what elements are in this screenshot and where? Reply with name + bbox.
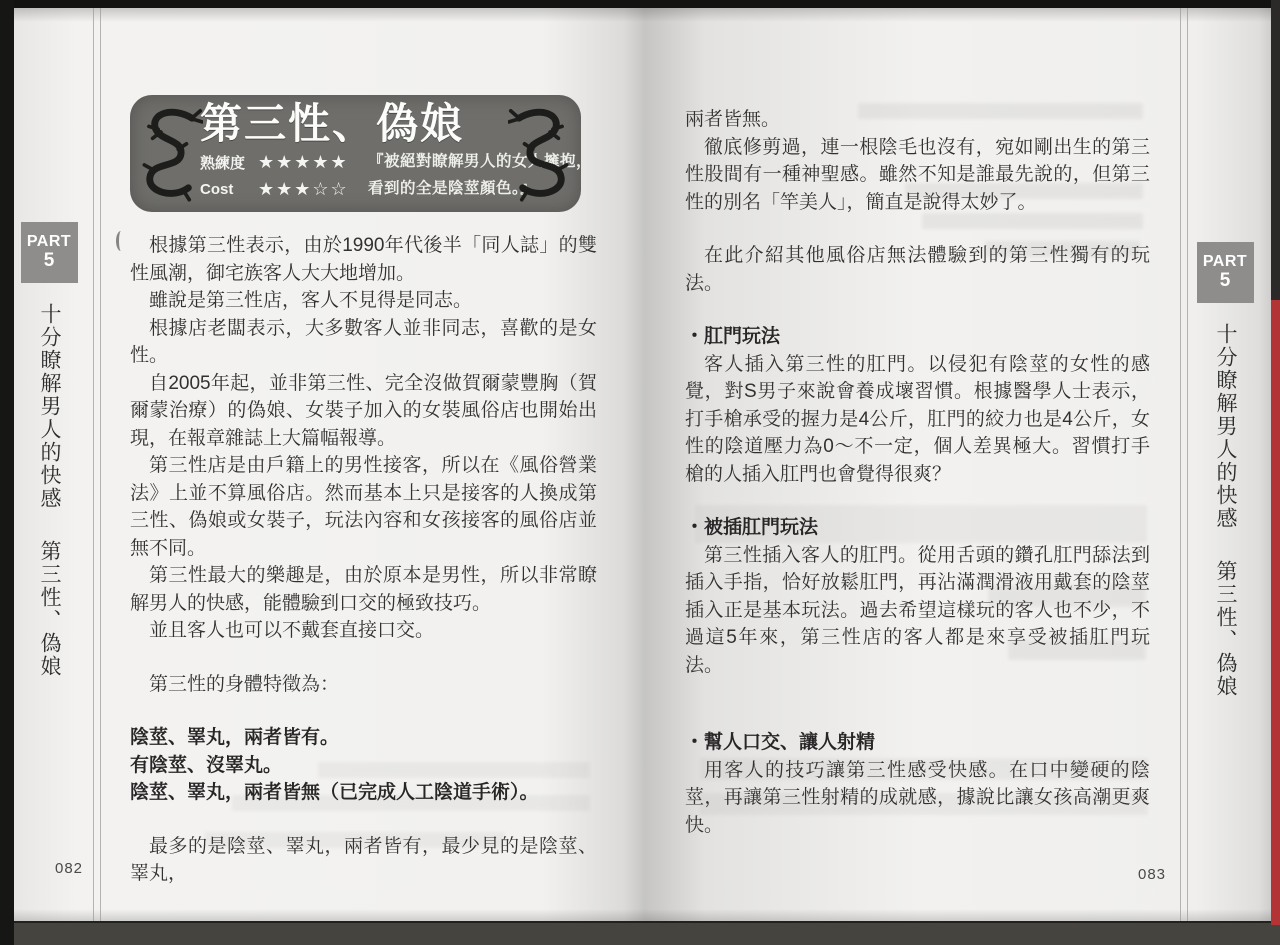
section-heading: ・被插肛門玩法 [685, 514, 1150, 542]
sidebar-tab-right: PART 5 十分瞭解男人的快感第三性、偽娘 [1196, 242, 1254, 698]
paragraph: 陰莖、睪丸，兩者皆有。 [130, 724, 597, 752]
cost-label: Cost [200, 181, 258, 198]
section-heading: ・肛門玩法 [685, 323, 1150, 351]
right-page: 兩者皆無。徹底修剪過，連一根陰毛也沒有，宛如剛出生的第三性股間有一種神聖感。雖然… [685, 106, 1150, 839]
part-badge: PART 5 [21, 222, 78, 283]
skill-label: 熟練度 [200, 152, 258, 173]
scan-border-top [0, 0, 1280, 8]
section-name: 第三性、偽娘 [1210, 560, 1240, 698]
paragraph: 並且客人也可以不戴套直接口交。 [130, 617, 597, 645]
dragon-icon [508, 100, 574, 206]
scanned-book-spread: PART 5 十分瞭解男人的快感第三性、偽娘 PART 5 十分瞭解男人的快感第… [0, 0, 1280, 945]
banner-content: 第三性、偽娘 熟練度 ★★★★★ Cost ★★★☆☆ 『被絕對瞭解男人的女 [200, 101, 521, 203]
chapter-vertical-title: 十分瞭解男人的快感第三性、偽娘 [1210, 323, 1240, 698]
banner-title: 第三性、偽娘 [200, 101, 521, 147]
paragraph: 自2005年起，並非第三性、完全沒做賀爾蒙豐胸（賀爾蒙治療）的偽娘、女裝子加入的… [130, 370, 597, 453]
chapter-banner: 第三性、偽娘 熟練度 ★★★★★ Cost ★★★☆☆ 『被絕對瞭解男人的女 [130, 95, 581, 212]
scan-border-left [0, 0, 14, 945]
paragraph: 陰莖、睪丸，兩者皆無（已完成人工陰道手術）。 [130, 779, 597, 807]
page-edge-line [1187, 8, 1188, 921]
paragraph: 第三性最大的樂趣是，由於原本是男性，所以非常瞭解男人的快感，能體驗到口交的極致技… [130, 562, 597, 617]
paragraph: 第三性插入客人的肛門。從用舌頭的鑽孔肛門舔法到插入手指，恰好放鬆肛門，再沾滿潤滑… [685, 542, 1150, 680]
page-number-right: 083 [1138, 866, 1166, 883]
scan-border-right [1271, 0, 1280, 320]
paragraph: 最多的是陰莖、睪丸，兩者皆有，最少見的是陰莖、睪丸， [130, 833, 597, 888]
scan-artifact [116, 231, 126, 251]
right-page-body: 兩者皆無。徹底修剪過，連一根陰毛也沒有，宛如剛出生的第三性股間有一種神聖感。雖然… [685, 106, 1150, 839]
chapter-vertical-title: 十分瞭解男人的快感第三性、偽娘 [34, 303, 64, 678]
sidebar-tab-left: PART 5 十分瞭解男人的快感第三性、偽娘 [20, 222, 78, 678]
skill-stars: ★★★★★ [258, 152, 349, 173]
chapter-name: 十分瞭解男人的快感 [1214, 323, 1237, 530]
scan-border-bottom [0, 921, 1280, 945]
page-edge-line [1180, 8, 1181, 921]
cost-stars: ★★★☆☆ [258, 179, 349, 200]
page-edge-line [100, 8, 101, 921]
left-page: 第三性、偽娘 熟練度 ★★★★★ Cost ★★★☆☆ 『被絕對瞭解男人的女 [130, 95, 597, 888]
dragon-icon [137, 100, 203, 206]
paragraph: 第三性的身體特徵為： [130, 671, 597, 699]
section-heading: ・幫人口交、讓人射精 [685, 729, 1150, 757]
section-name: 第三性、偽娘 [34, 540, 64, 678]
book-cover-edge [1271, 300, 1280, 925]
chapter-name: 十分瞭解男人的快感 [38, 303, 61, 510]
part-label: PART [1203, 254, 1247, 271]
ratings: 熟練度 ★★★★★ Cost ★★★☆☆ [200, 149, 368, 203]
paragraph: 用客人的技巧讓第三性感受快感。在口中變硬的陰莖，再讓第三性射精的成就感，據說比讓… [685, 757, 1150, 840]
paragraph: 徹底修剪過，連一根陰毛也沒有，宛如剛出生的第三性股間有一種神聖感。雖然不知是誰最… [685, 134, 1150, 217]
paragraph: 在此介紹其他風俗店無法體驗到的第三性獨有的玩法。 [685, 242, 1150, 297]
left-page-body: 根據第三性表示，由於1990年代後半「同人誌」的雙性風潮，御宅族客人大大地增加。… [130, 232, 597, 888]
paragraph: 第三性店是由戶籍上的男性接客，所以在《風俗營業法》上並不算風俗店。然而基本上只是… [130, 452, 597, 562]
page-edge-line [93, 8, 94, 921]
part-number: 5 [1220, 271, 1231, 291]
part-number: 5 [44, 251, 55, 271]
paragraph: 雖說是第三性店，客人不見得是同志。 [130, 287, 597, 315]
paragraph: 根據店老闆表示，大多數客人並非同志，喜歡的是女性。 [130, 315, 597, 370]
page-number-left: 082 [55, 860, 83, 877]
paragraph: 根據第三性表示，由於1990年代後半「同人誌」的雙性風潮，御宅族客人大大地增加。 [130, 232, 597, 287]
part-badge: PART 5 [1197, 242, 1254, 303]
part-label: PART [27, 234, 71, 251]
paragraph: 客人插入第三性的肛門。以侵犯有陰莖的女性的感覺，對S男子來說會養成壞習慣。根據醫… [685, 351, 1150, 489]
paragraph: 有陰莖、沒睪丸。 [130, 752, 597, 780]
paragraph: 兩者皆無。 [685, 106, 1150, 134]
